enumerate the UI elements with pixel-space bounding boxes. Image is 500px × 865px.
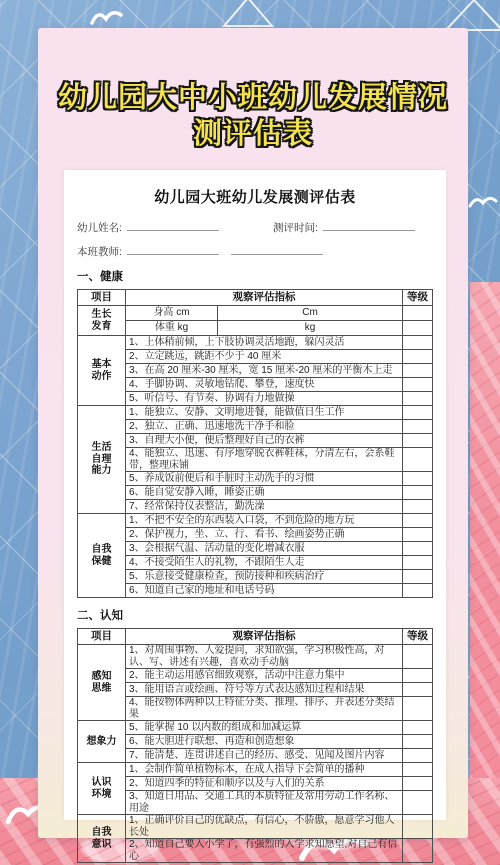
- grade-cell: [403, 364, 433, 378]
- indicator-cell: 2、立定跳远，跳距不少于 40 厘米: [126, 350, 403, 364]
- grade-cell: [403, 763, 433, 777]
- indicator-cell: 4、手脚协调、灵敏地钻爬、攀登，速度快: [126, 378, 403, 392]
- grade-cell: [403, 448, 433, 472]
- table-row: 生活 自理 能力1、能独立、安静、文明地进餐，能做值日生工作: [78, 406, 433, 420]
- indicator-cell: 6、知道自己家的地址和电话号码: [126, 584, 403, 598]
- table-row: 生长 发育身高 cmCm: [78, 306, 433, 321]
- table-row: 4、不接受陌生人的礼物，不跟陌生人走: [78, 556, 433, 570]
- grade-cell: [403, 749, 433, 763]
- table-row: 自我 意识1、正确评价自己的优缺点，有信心，不骄傲，愿意学习他人长处: [78, 815, 433, 839]
- teacher-label: 本班教师:: [77, 246, 122, 258]
- table-row: 4、能按物体两种以上特征分类、推理、排序、并表述分类结果: [78, 697, 433, 721]
- table-row: 2、知道四季的特征和顺序以及与人们的关系: [78, 777, 433, 791]
- grade-cell: [403, 669, 433, 683]
- measure-unit-cell: Cm: [218, 306, 403, 321]
- table-row: 2、能主动运用感官细致观察，活动中注意力集中: [78, 669, 433, 683]
- table-row: 基本 动作1、上体稍前倾，上下肢协调灵活地跑，躲闪灵活: [78, 336, 433, 350]
- indicator-cell: 5、乐意接受健康检查，预防接种和疾病治疗: [126, 570, 403, 584]
- assess-time-label: 测评时间:: [273, 222, 318, 234]
- category-cell: 认识 环境: [78, 763, 126, 815]
- category-cell: 自我 意识: [78, 815, 126, 863]
- indicator-cell: 4、能按物体两种以上特征分类、推理、排序、并表述分类结果: [126, 697, 403, 721]
- table-row: 3、会根据气温、活动量的变化增减衣服: [78, 542, 433, 556]
- table-row: 4、能独立、迅速、有序地穿脱衣裤鞋袜，分清左右，会系鞋带，整理床铺: [78, 448, 433, 472]
- indicator-cell: 7、经常保持仪表整洁，勤洗澡: [126, 500, 403, 514]
- grade-cell: [403, 570, 433, 584]
- teacher-blank-2: [231, 244, 323, 255]
- grade-cell: [403, 777, 433, 791]
- grade-cell: [403, 815, 433, 839]
- indicator-cell: 3、知道日用品、交通工具的本质特征及常用劳动工作名称、用途: [126, 791, 403, 815]
- table-row: 感知 思维1、对周围事物、人爱提问，求知欲强，学习积极性高，对认、写、讲述有兴趣…: [78, 645, 433, 669]
- category-cell: 基本 动作: [78, 336, 126, 406]
- measure-unit-cell: kg: [218, 321, 403, 336]
- assess-time-group: 测评时间:: [273, 220, 415, 235]
- table-row: 2、立定跳远，跳距不少于 40 厘米: [78, 350, 433, 364]
- table-row: 6、知道自己家的地址和电话号码: [78, 584, 433, 598]
- grade-cell: [403, 392, 433, 406]
- table-row: 5、听信号、有节奏、协调有力地做操: [78, 392, 433, 406]
- table-header-row: 项目观察评估指标等级: [78, 290, 433, 306]
- table-row: 2、独立、正确、迅速地洗干净手和脸: [78, 420, 433, 434]
- table-row: 4、手脚协调、灵敏地钻爬、攀登，速度快: [78, 378, 433, 392]
- indicator-cell: 5、能掌握 10 以内数的组成和加减运算: [126, 721, 403, 735]
- form-title: 幼儿园大班幼儿发展测评估表: [77, 186, 433, 207]
- assessment-table: 项目观察评估指标等级生长 发育身高 cmCm体重 kgkg基本 动作1、上体稍前…: [77, 289, 433, 598]
- indicator-cell: 2、能主动运用感官细致观察，活动中注意力集中: [126, 669, 403, 683]
- indicator-cell: 5、养成饭前便后和手脏时主动洗手的习惯: [126, 472, 403, 486]
- indicator-cell: 2、知道自己要入小学了，有强烈的入学求知愿望,对自己有信心: [126, 839, 403, 863]
- grade-cell: [403, 542, 433, 556]
- indicator-cell: 2、保护视力，坐、立、行、看书、绘画姿势正确: [126, 528, 403, 542]
- table-row: 自我 保健1、不把不安全的东西装入口袋，不到危险的地方玩: [78, 514, 433, 528]
- indicator-cell: 1、能独立、安静、文明地进餐，能做值日生工作: [126, 406, 403, 420]
- table-row: 想象力5、能掌握 10 以内数的组成和加减运算: [78, 721, 433, 735]
- child-name-blank: [127, 220, 219, 231]
- indicator-cell: 1、会制作简单植物标本，在成人指导下会简单的播种: [126, 763, 403, 777]
- table-row: 3、在高 20 厘米-30 厘米，宽 15 厘米-20 厘米的平衡木上走: [78, 364, 433, 378]
- grade-cell: [403, 721, 433, 735]
- section-heading-health: 一、健康: [77, 268, 433, 284]
- assessment-table: 项目观察评估指标等级感知 思维1、对周围事物、人爱提问，求知欲强，学习积极性高，…: [77, 628, 433, 863]
- col-header-item: 项目: [78, 290, 126, 306]
- indicator-cell: 3、在高 20 厘米-30 厘米，宽 15 厘米-20 厘米的平衡木上走: [126, 364, 403, 378]
- category-cell: 生长 发育: [78, 306, 126, 336]
- table-row: 3、能用语言或绘画、符号等方式表达感知过程和结果: [78, 683, 433, 697]
- indicator-cell: 7、能清楚、连贯讲述自己的经历、感受、见闻及图片内容: [126, 749, 403, 763]
- assessment-form: 幼儿园大班幼儿发展测评估表 幼儿姓名: 测评时间: 本班教师: 一、健康 项目观…: [64, 170, 446, 820]
- table-row: 7、能清楚、连贯讲述自己的经历、感受、见闻及图片内容: [78, 749, 433, 763]
- category-cell: 自我 保健: [78, 514, 126, 598]
- indicator-cell: 4、不接受陌生人的礼物，不跟陌生人走: [126, 556, 403, 570]
- table-row: 2、知道自己要入小学了，有强烈的入学求知愿望,对自己有信心: [78, 839, 433, 863]
- measure-label-cell: 身高 cm: [126, 306, 218, 321]
- grade-cell: [403, 683, 433, 697]
- indicator-cell: 1、对周围事物、人爱提问，求知欲强，学习积极性高，对认、写、讲述有兴趣，喜欢动手…: [126, 645, 403, 669]
- indicator-cell: 3、会根据气温、活动量的变化增减衣服: [126, 542, 403, 556]
- poster-title-line2: 测评估表: [38, 116, 468, 152]
- col-header-indicator: 观察评估指标: [126, 290, 403, 306]
- col-header-grade: 等级: [403, 629, 433, 645]
- grade-cell: [403, 839, 433, 863]
- category-cell: 生活 自理 能力: [78, 406, 126, 514]
- section-heading-cognition: 二、认知: [77, 607, 433, 623]
- grade-cell: [403, 486, 433, 500]
- table-row: 5、乐意接受健康检查，预防接种和疾病治疗: [78, 570, 433, 584]
- table-row: 3、自理大小便，便后整理好自己的衣裤: [78, 434, 433, 448]
- indicator-cell: 2、独立、正确、迅速地洗干净手和脸: [126, 420, 403, 434]
- grade-cell: [403, 528, 433, 542]
- teacher-blank-1: [127, 244, 219, 255]
- indicator-cell: 6、能大胆进行联想、再造和创造想象: [126, 735, 403, 749]
- indicator-cell: 1、正确评价自己的优缺点，有信心，不骄傲，愿意学习他人长处: [126, 815, 403, 839]
- form-row-name-time: 幼儿姓名: 测评时间:: [77, 220, 433, 234]
- grade-cell: [403, 645, 433, 669]
- grade-cell: [403, 350, 433, 364]
- table-row: 7、经常保持仪表整洁，勤洗澡: [78, 500, 433, 514]
- indicator-cell: 3、自理大小便，便后整理好自己的衣裤: [126, 434, 403, 448]
- grade-cell: [403, 306, 433, 321]
- grade-cell: [403, 500, 433, 514]
- form-row-teacher: 本班教师:: [77, 244, 433, 258]
- indicator-cell: 6、能自觉安静入睡，睡姿正确: [126, 486, 403, 500]
- assess-time-blank: [323, 220, 415, 231]
- grade-cell: [403, 472, 433, 486]
- indicator-cell: 3、能用语言或绘画、符号等方式表达感知过程和结果: [126, 683, 403, 697]
- col-header-grade: 等级: [403, 290, 433, 306]
- poster-title-line1: 幼儿园大中小班幼儿发展情况: [38, 80, 468, 116]
- table-row: 5、养成饭前便后和手脏时主动洗手的习惯: [78, 472, 433, 486]
- grade-cell: [403, 556, 433, 570]
- col-header-indicator: 观察评估指标: [126, 629, 403, 645]
- indicator-cell: 4、能独立、迅速、有序地穿脱衣裤鞋袜，分清左右，会系鞋带，整理床铺: [126, 448, 403, 472]
- grade-cell: [403, 514, 433, 528]
- table-row: 3、知道日用品、交通工具的本质特征及常用劳动工作名称、用途: [78, 791, 433, 815]
- grade-cell: [403, 321, 433, 336]
- category-cell: 感知 思维: [78, 645, 126, 721]
- table-row: 6、能大胆进行联想、再造和创造想象: [78, 735, 433, 749]
- table-row: 6、能自觉安静入睡，睡姿正确: [78, 486, 433, 500]
- grade-cell: [403, 791, 433, 815]
- category-cell: 想象力: [78, 721, 126, 763]
- table-header-row: 项目观察评估指标等级: [78, 629, 433, 645]
- poster-title: 幼儿园大中小班幼儿发展情况 测评估表: [38, 80, 468, 152]
- grade-cell: [403, 735, 433, 749]
- table-row: 认识 环境1、会制作简单植物标本，在成人指导下会简单的播种: [78, 763, 433, 777]
- indicator-cell: 2、知道四季的特征和顺序以及与人们的关系: [126, 777, 403, 791]
- measure-label-cell: 体重 kg: [126, 321, 218, 336]
- indicator-cell: 1、不把不安全的东西装入口袋，不到危险的地方玩: [126, 514, 403, 528]
- grade-cell: [403, 697, 433, 721]
- pink-card: 幼儿园大中小班幼儿发展情况 测评估表 幼儿园大班幼儿发展测评估表 幼儿姓名: 测…: [38, 28, 468, 838]
- grade-cell: [403, 584, 433, 598]
- indicator-cell: 1、上体稍前倾，上下肢协调灵活地跑，躲闪灵活: [126, 336, 403, 350]
- table-row: 体重 kgkg: [78, 321, 433, 336]
- indicator-cell: 5、听信号、有节奏、协调有力地做操: [126, 392, 403, 406]
- grade-cell: [403, 378, 433, 392]
- grade-cell: [403, 434, 433, 448]
- grade-cell: [403, 406, 433, 420]
- grade-cell: [403, 336, 433, 350]
- grade-cell: [403, 420, 433, 434]
- table-row: 2、保护视力，坐、立、行、看书、绘画姿势正确: [78, 528, 433, 542]
- col-header-item: 项目: [78, 629, 126, 645]
- child-name-label: 幼儿姓名:: [77, 222, 122, 234]
